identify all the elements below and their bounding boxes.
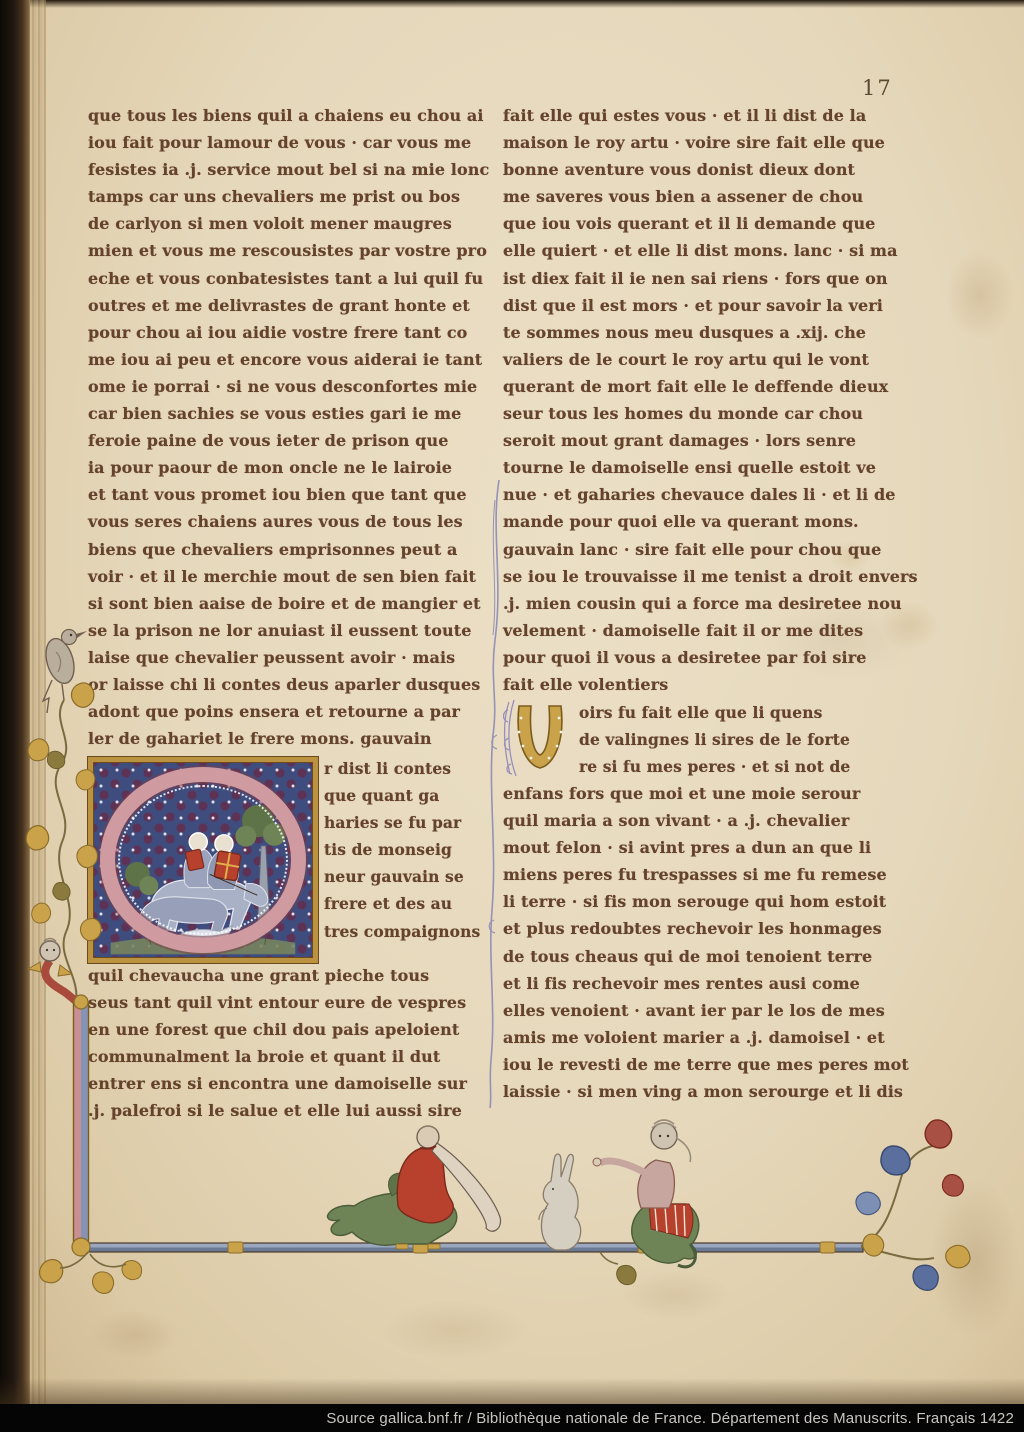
manuscript-text-line: se la prison ne lor anuiast il eussent t… xyxy=(88,621,489,648)
drollery-horn-blower xyxy=(328,1126,501,1249)
drollery-hare xyxy=(539,1154,581,1250)
manuscript-text-line: enfans fors que moi et une moie serour xyxy=(503,784,909,811)
manuscript-text-line: frere et des au xyxy=(324,894,468,921)
bird-drollery xyxy=(41,630,87,714)
parchment-stain xyxy=(930,1180,1020,1340)
manuscript-text-line: de tous cheaus qui de moi tenoient terre xyxy=(503,947,909,974)
scan-viewport: 17 que tous les biens quil a chaiens eu … xyxy=(0,0,1024,1432)
manuscript-text-line: fesistes ia .j. service mout bel si na m… xyxy=(88,160,489,187)
manuscript-text-line: querant de mort fait elle le deffende di… xyxy=(503,377,918,404)
manuscript-text-line: velement · damoiselle fait il or me dite… xyxy=(503,621,918,648)
manuscript-text-line: maison le roy artu · voire sire fait ell… xyxy=(503,133,918,160)
source-attribution-bar: Source gallica.bnf.fr / Bibliothèque nat… xyxy=(0,1404,1024,1432)
manuscript-text-line: tres compaignons xyxy=(324,922,468,949)
initial-o-ring xyxy=(100,767,306,953)
manuscript-page: 17 que tous les biens quil a chaiens eu … xyxy=(0,0,1024,1404)
manuscript-text-line: re si fu mes peres · et si not de xyxy=(579,757,879,784)
manuscript-text-line: gauvain lanc · sire fait elle pour chou … xyxy=(503,540,918,567)
manuscript-text-line: seus tant quil vint entour eure de vespr… xyxy=(88,993,467,1020)
manuscript-text-line: me saveres vous bien a assener de chou xyxy=(503,187,918,214)
manuscript-text-line: eche et vous conbatesistes tant a lui qu… xyxy=(88,269,489,296)
manuscript-text-line: valiers de le court le roy artu qui le v… xyxy=(503,350,918,377)
manuscript-text-line: .j. mien cousin qui a force ma desiretee… xyxy=(503,594,918,621)
manuscript-text-line: miens peres fu trespasses si me fu remes… xyxy=(503,865,909,892)
manuscript-text-line: et tant vous promet iou bien que tant qu… xyxy=(88,485,489,512)
parchment-stain xyxy=(945,250,1015,340)
manuscript-text-line: r dist li contes xyxy=(324,759,468,786)
manuscript-text-line: pour quoi il vous a desiretee par foi si… xyxy=(503,648,918,675)
manuscript-text-line: laise que chevalier peussent avoir · mai… xyxy=(88,648,489,675)
manuscript-text-line: vous seres chaiens aures vous de tous le… xyxy=(88,512,489,539)
manuscript-text-line: car bien sachies se vous esties gari ie … xyxy=(88,404,489,431)
manuscript-text-line: ist diex fait il ie nen sai riens · fors… xyxy=(503,269,918,296)
page-edge-stack xyxy=(30,0,46,1404)
manuscript-text-line: que iou vois querant et il li demande qu… xyxy=(503,214,918,241)
manuscript-text-line: me iou ai peu et encore vous aiderai ie … xyxy=(88,350,489,377)
manuscript-text-line: bonne aventure vous donist dieux dont xyxy=(503,160,918,187)
manuscript-text-line: nue · et gaharies chevauce dales li · et… xyxy=(503,485,918,512)
manuscript-text-line: mien et vous me rescousistes par vostre … xyxy=(88,241,489,268)
manuscript-text-line: seroit mout grant damages · lors senre xyxy=(503,431,918,458)
manuscript-text-line: haries se fu par xyxy=(324,813,468,840)
manuscript-text-line: neur gauvain se xyxy=(324,867,468,894)
manuscript-text-line: et plus redoubtes rechevoir les honmages xyxy=(503,919,909,946)
manuscript-text-line: communalment la broie et quant il dut xyxy=(88,1047,467,1074)
manuscript-text-line: tamps car uns chevaliers me prist ou bos xyxy=(88,187,489,214)
manuscript-text-line: en une forest que chil dou pais apeloien… xyxy=(88,1020,467,1047)
manuscript-text-line: seur tous les homes du monde car chou xyxy=(503,404,918,431)
manuscript-text-line: voir · et il le merchie mout de sen bien… xyxy=(88,567,489,594)
initial-v xyxy=(503,698,575,778)
manuscript-text-line: ler de gahariet le frere mons. gauvain xyxy=(88,729,489,756)
manuscript-text-line: mande pour quoi elle va querant mons. xyxy=(503,512,918,539)
manuscript-text-line: tis de monseig xyxy=(324,840,468,867)
manuscript-text-line: fait elle qui estes vous · et il li dist… xyxy=(503,106,918,133)
manuscript-text-line: quil chevaucha une grant pieche tous xyxy=(88,966,467,993)
manuscript-text-line: adont que poins ensera et retourne a par xyxy=(88,702,489,729)
binding-shadow xyxy=(0,0,30,1404)
drollery-hybrid xyxy=(593,1120,699,1267)
manuscript-text-line: ome ie porrai · si ne vous desconfortes … xyxy=(88,377,489,404)
manuscript-text-line: biens que chevaliers emprisonnes peut a xyxy=(88,540,489,567)
historiated-initial-miniature xyxy=(88,757,318,963)
manuscript-text-line: de carlyon si men voloit mener maugres xyxy=(88,214,489,241)
manuscript-text-line: dist que il est mors · et pour savoir la… xyxy=(503,296,918,323)
folio-number: 17 xyxy=(862,76,893,100)
manuscript-text-line: te sommes nous meu dusques a .xij. che xyxy=(503,323,918,350)
parchment-stain xyxy=(380,1300,530,1360)
manuscript-text-line: outres et me delivrastes de grant honte … xyxy=(88,296,489,323)
manuscript-text-line: et li fis rechevoir mes rentes ausi come xyxy=(503,974,909,1001)
manuscript-text-line: si sont bien aaise de boire et de mangie… xyxy=(88,594,489,621)
ivy-mid-branch xyxy=(600,1252,640,1288)
manuscript-text-line: quil maria a son vivant · a .j. chevalie… xyxy=(503,811,909,838)
border-bar-horizontal xyxy=(72,1238,863,1256)
manuscript-text-line: que tous les biens quil a chaiens eu cho… xyxy=(88,106,489,133)
manuscript-text-line: tourne le damoiselle ensi quelle estoit … xyxy=(503,458,918,485)
manuscript-text-line: que quant ga xyxy=(324,786,468,813)
border-bar-vertical xyxy=(74,995,89,1248)
manuscript-text-line: ia pour paour de mon oncle ne le lairoie xyxy=(88,458,489,485)
manuscript-text-line: se iou le trouvaisse il me tenist a droi… xyxy=(503,567,918,594)
ivy-corner-right xyxy=(852,1118,975,1295)
manuscript-text-line: pour chou ai iou aidie vostre frere tant… xyxy=(88,323,489,350)
source-attribution-text: Source gallica.bnf.fr / Bibliothèque nat… xyxy=(326,1410,1024,1427)
manuscript-text-line: de valingnes li sires de le forte xyxy=(579,730,879,757)
manuscript-text-line: amis me voloient marier a .j. damoisel ·… xyxy=(503,1028,909,1055)
manuscript-text-line: li terre · si fis mon serouge qui hom es… xyxy=(503,892,909,919)
manuscript-text-line: laissie · si men ving a mon serourge et … xyxy=(503,1082,909,1109)
manuscript-text-line: iou fait pour lamour de vous · car vous … xyxy=(88,133,489,160)
manuscript-text-line: or laisse chi li contes deus aparler dus… xyxy=(88,675,489,702)
manuscript-text-line: oirs fu fait elle que li quens xyxy=(579,703,879,730)
manuscript-text-line: elles venoient · avant ier par le los de… xyxy=(503,1001,909,1028)
parchment-stain xyxy=(90,1310,180,1360)
pen-flourish xyxy=(489,480,499,1108)
ivy-corner-left xyxy=(35,1252,146,1297)
manuscript-text-line: entrer ens si encontra une damoiselle su… xyxy=(88,1074,467,1101)
manuscript-text-line: mout felon · si avint pres a dun an que … xyxy=(503,838,909,865)
manuscript-text-line: elle quiert · et elle li dist mons. lanc… xyxy=(503,241,918,268)
manuscript-text-line: iou le revesti de me terre que mes peres… xyxy=(503,1055,909,1082)
manuscript-text-line: feroie paine de vous ieter de prison que xyxy=(88,431,489,458)
parchment-stain xyxy=(620,1270,730,1320)
manuscript-text-line: .j. palefroi si le salue et elle lui aus… xyxy=(88,1101,467,1128)
